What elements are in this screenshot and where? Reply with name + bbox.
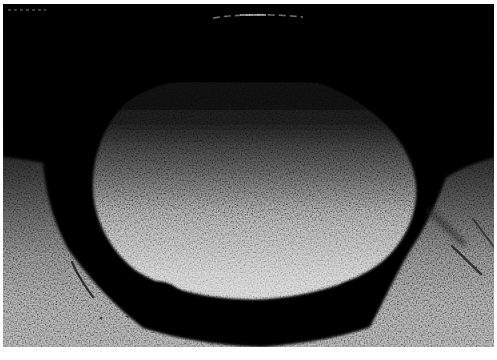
ring-photograph <box>0 0 497 360</box>
halftone-photo <box>3 4 494 347</box>
halftone-screen-overlay <box>3 4 494 347</box>
